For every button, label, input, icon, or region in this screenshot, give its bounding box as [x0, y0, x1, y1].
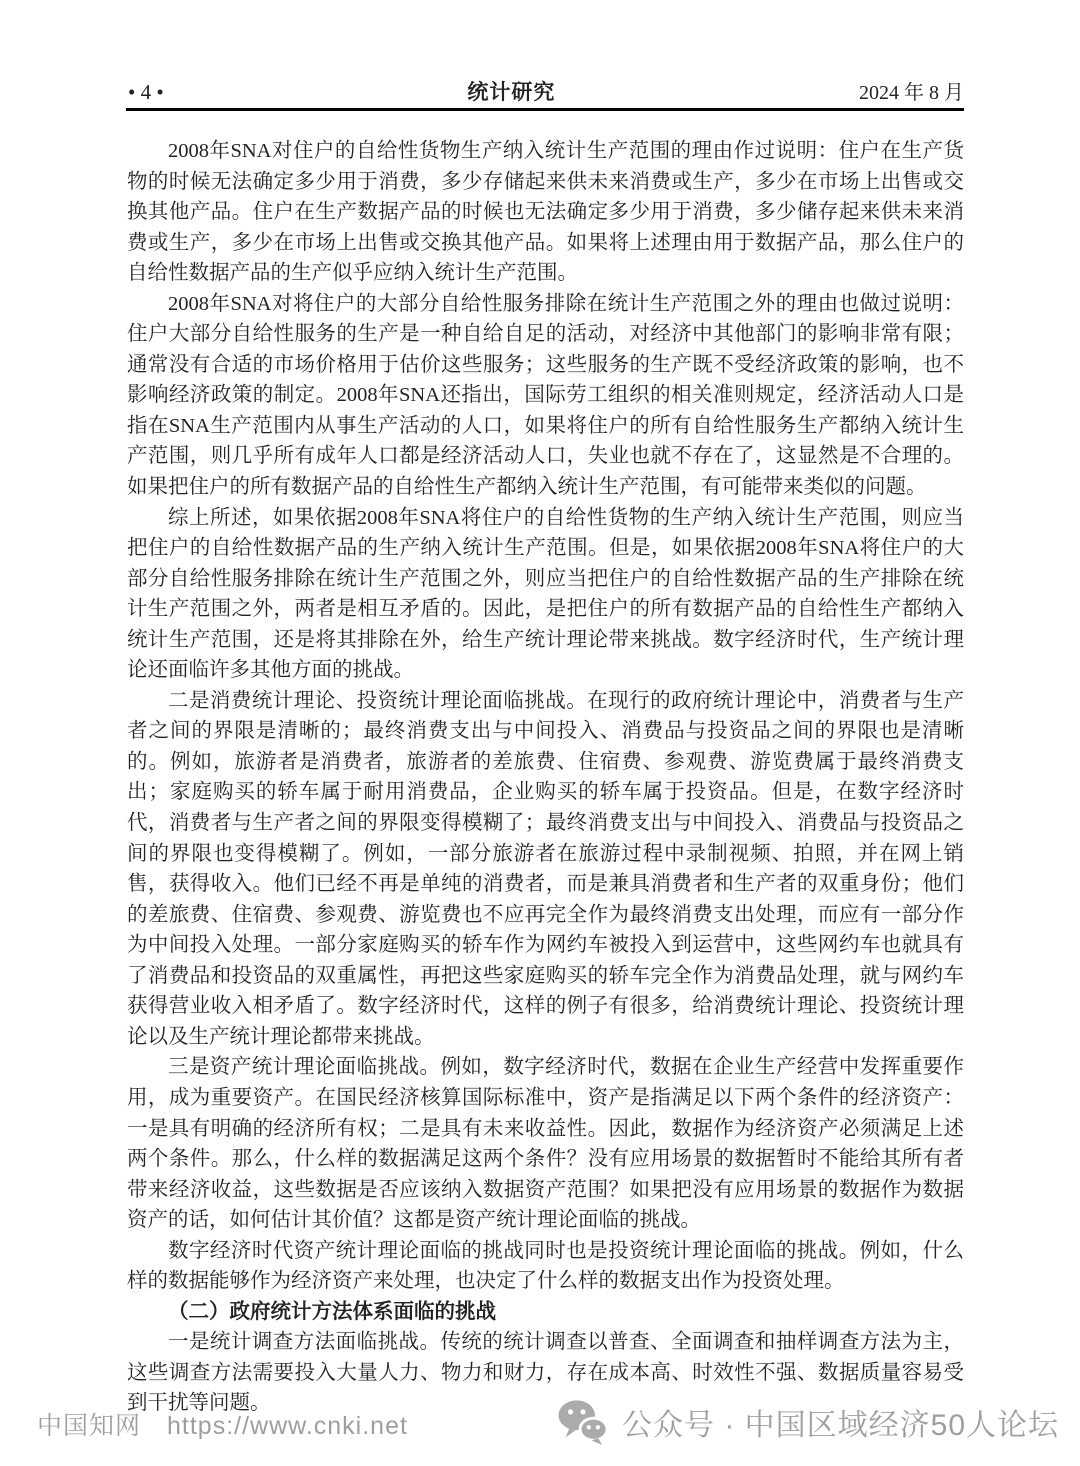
wechat-account-label: 公众号 · 中国区域经济50人论坛	[622, 1400, 1059, 1444]
article-body: 2008年SNA对住户的自给性货物生产纳入统计生产范围的理由作过说明：住户在生产…	[127, 136, 964, 1419]
page-number: • 4 •	[128, 80, 164, 105]
body-paragraph: 2008年SNA对将住户的大部分自给性服务排除在统计生产范围之外的理由也做过说明…	[127, 289, 964, 503]
body-paragraph: 数字经济时代资产统计理论面临的挑战同时也是投资统计理论面临的挑战。例如，什么样的…	[127, 1236, 964, 1297]
wechat-account-watermark: 公众号 · 中国区域经济50人论坛	[558, 1398, 1059, 1446]
page-header: • 4 • 统计研究 2024 年 8 月	[128, 76, 964, 106]
body-paragraph: 综上所述，如果依据2008年SNA将住户的自给性货物的生产纳入统计生产范围，则应…	[127, 503, 964, 686]
cnki-watermark: 中国知网 https://www.cnki.net	[37, 1406, 408, 1442]
wechat-icon	[558, 1398, 608, 1446]
header-divider	[126, 108, 964, 111]
cnki-site-name: 中国知网	[37, 1406, 141, 1442]
body-paragraph: 二是消费统计理论、投资统计理论面临挑战。在现行的政府统计理论中，消费者与生产者之…	[127, 686, 964, 1053]
page-footer: 中国知网 https://www.cnki.net 公众号 · 中国区域经济50…	[0, 1398, 1080, 1454]
section-heading: （二）政府统计方法体系面临的挑战	[127, 1297, 964, 1328]
cnki-site-url: https://www.cnki.net	[167, 1412, 408, 1441]
body-paragraph: 三是资产统计理论面临挑战。例如，数字经济时代，数据在企业生产经营中发挥重要作用，…	[127, 1052, 964, 1235]
journal-title: 统计研究	[467, 76, 555, 106]
issue-date: 2024 年 8 月	[859, 76, 964, 105]
body-paragraph: 2008年SNA对住户的自给性货物生产纳入统计生产范围的理由作过说明：住户在生产…	[127, 136, 964, 289]
